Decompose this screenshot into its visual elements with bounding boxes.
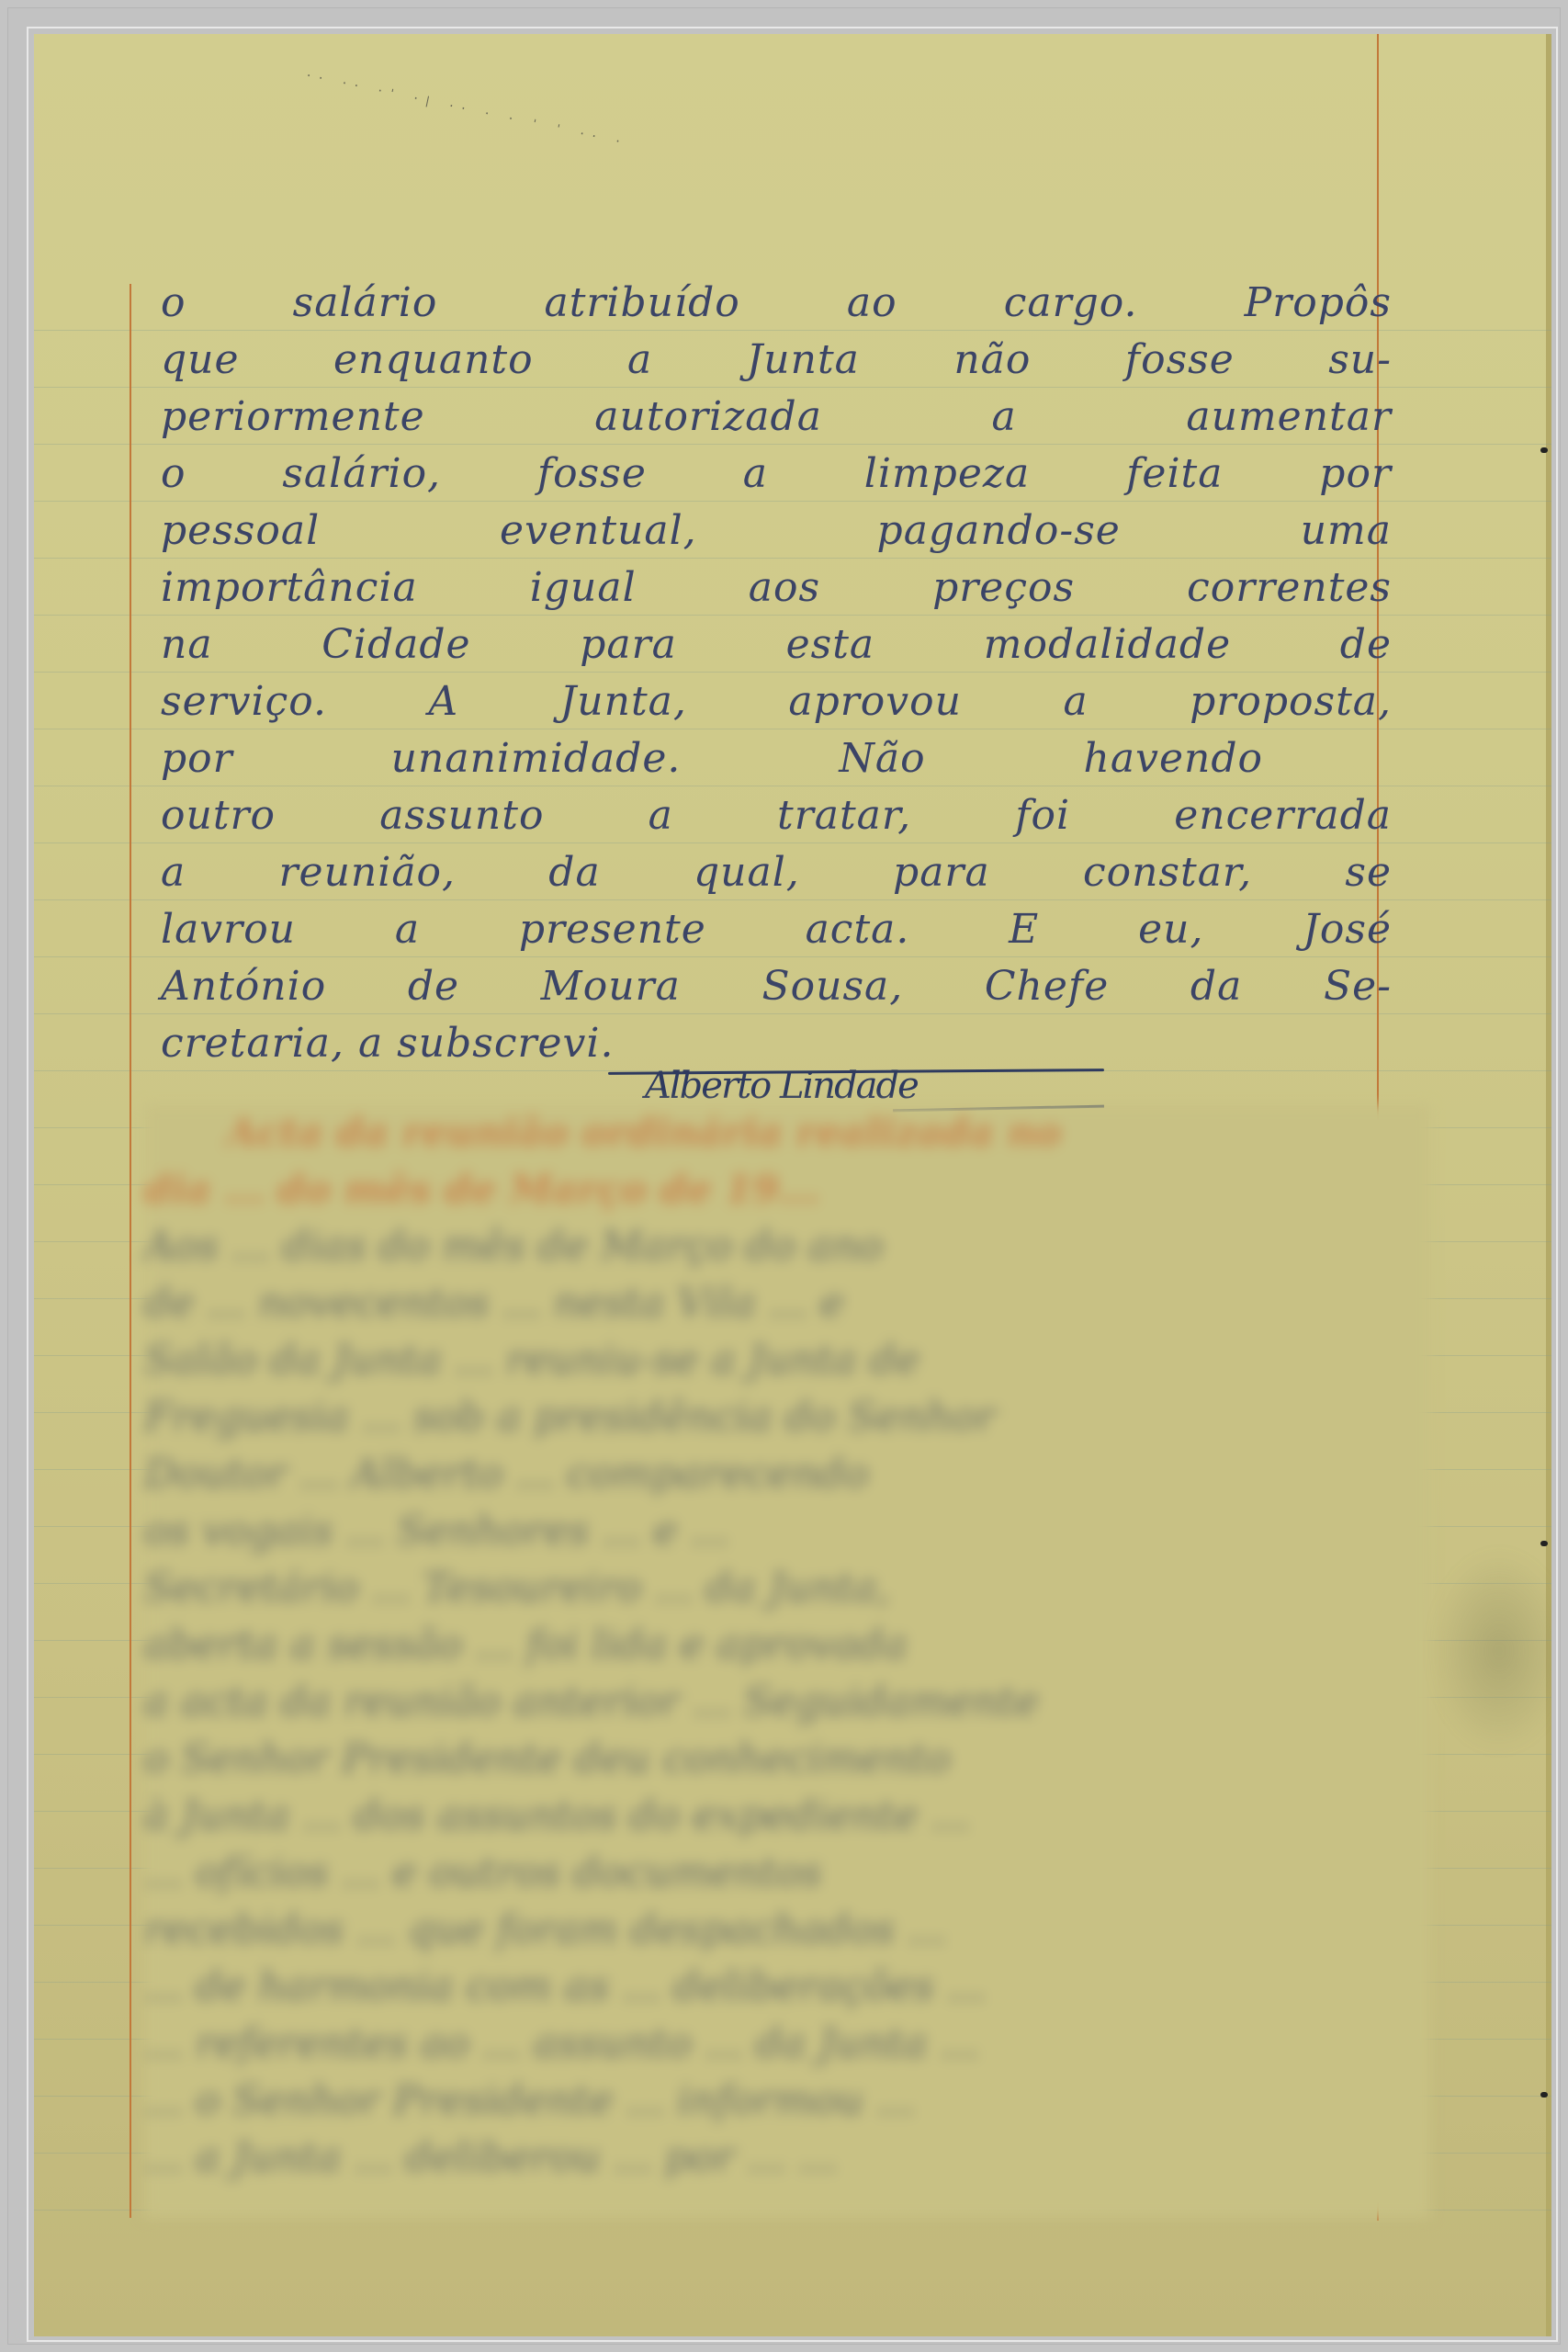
- blurred-body-line: aberta a sessão ... foi lida e aprovada: [144, 1617, 1430, 1674]
- handwritten-line: a reunião, da qual, para constar, se: [161, 844, 1392, 901]
- blurred-body-line: Salão da Junta ... reuniu-se a Junta de: [144, 1332, 1430, 1389]
- handwritten-line: António de Moura Sousa, Chefe da Se-: [161, 958, 1392, 1015]
- handwritten-line: serviço. A Junta, aprovou a proposta,: [161, 673, 1392, 730]
- left-margin-line: [130, 284, 131, 2218]
- handwritten-line: na Cidade para esta modalidade de: [161, 616, 1392, 673]
- blurred-body-line: Aos ... dias do mês de Março do ano: [144, 1218, 1430, 1275]
- paper-stain: [1430, 1550, 1551, 1752]
- handwritten-line: pessoal eventual, pagando-se uma: [161, 503, 1392, 560]
- blurred-body-line: Freguesia ... sob a presidência do Senho…: [144, 1389, 1430, 1446]
- blurred-body-line: de ... novecentos ... nesta Vila ... e: [144, 1275, 1430, 1332]
- page-edge-mark: [1540, 1541, 1548, 1546]
- handwritten-minutes-text: o salário atribuído ao cargo. Propôs que…: [161, 275, 1392, 1072]
- handwritten-line: lavrou a presente acta. E eu, José: [161, 901, 1392, 958]
- ledger-page: ·· ·· ·' ·| ·· · · ' ' ·· · o salário at…: [34, 34, 1551, 2336]
- blurred-body-line: ... a Junta ... deliberou ... por ... ..…: [144, 2130, 1430, 2187]
- handwritten-line: periormente autorizada a aumentar: [161, 389, 1392, 446]
- blurred-next-minutes: Acta da reunião ordinária realizada no d…: [144, 1104, 1430, 2218]
- blurred-body-line: ... o Senhor Presidente ... informou ...: [144, 2073, 1430, 2130]
- blurred-body-line: ... de harmonia com as ... deliberações …: [144, 1959, 1430, 2016]
- faint-ink-marks: ·· ·· ·' ·| ·· · · ' ' ·· ·: [284, 69, 684, 257]
- handwritten-line: importância igual aos preços correntes: [161, 560, 1392, 616]
- blurred-body-line: ... referentes ao ... assunto ... da Jun…: [144, 2016, 1430, 2073]
- blurred-body-line: o Senhor Presidente deu conhecimento: [144, 1731, 1430, 1788]
- blurred-body-line: a acta da reunião anterior ... Seguidame…: [144, 1674, 1430, 1731]
- page-edge-mark: [1540, 2092, 1548, 2098]
- blurred-heading-line: dia ... do mês de Março de 19...: [144, 1161, 1430, 1218]
- blurred-body-line: ... ofícios ... e outros documentos: [144, 1845, 1430, 1902]
- blurred-body-line: Doutor ... Alberto ... comparecendo: [144, 1446, 1430, 1503]
- signature-text: Alberto Lindade: [645, 1065, 918, 1107]
- handwritten-line: outro assunto a tratar, foi encerrada: [161, 787, 1392, 844]
- handwritten-line: o salário atribuído ao cargo. Propôs: [161, 275, 1392, 332]
- handwritten-line: que enquanto a Junta não fosse su-: [161, 332, 1392, 389]
- blurred-body-line: os vogais ... Senhores ... e ...: [144, 1503, 1430, 1560]
- blurred-body-line: recebidos ... que foram despachados ...: [144, 1902, 1430, 1959]
- blurred-body-line: à Junta ... dos assuntos do expediente .…: [144, 1788, 1430, 1845]
- page-edge-mark: [1540, 447, 1548, 453]
- handwritten-line: por unanimidade. Não havendo: [161, 730, 1263, 787]
- image-frame: ·· ·· ·' ·| ·· · · ' ' ·· · o salário at…: [7, 7, 1561, 2345]
- blurred-body-line: Secretário ... Tesoureiro ... da Junta,: [144, 1560, 1430, 1617]
- handwritten-line: o salário, fosse a limpeza feita por: [161, 446, 1392, 503]
- blurred-heading-line: Acta da reunião ordinária realizada no: [144, 1104, 1430, 1161]
